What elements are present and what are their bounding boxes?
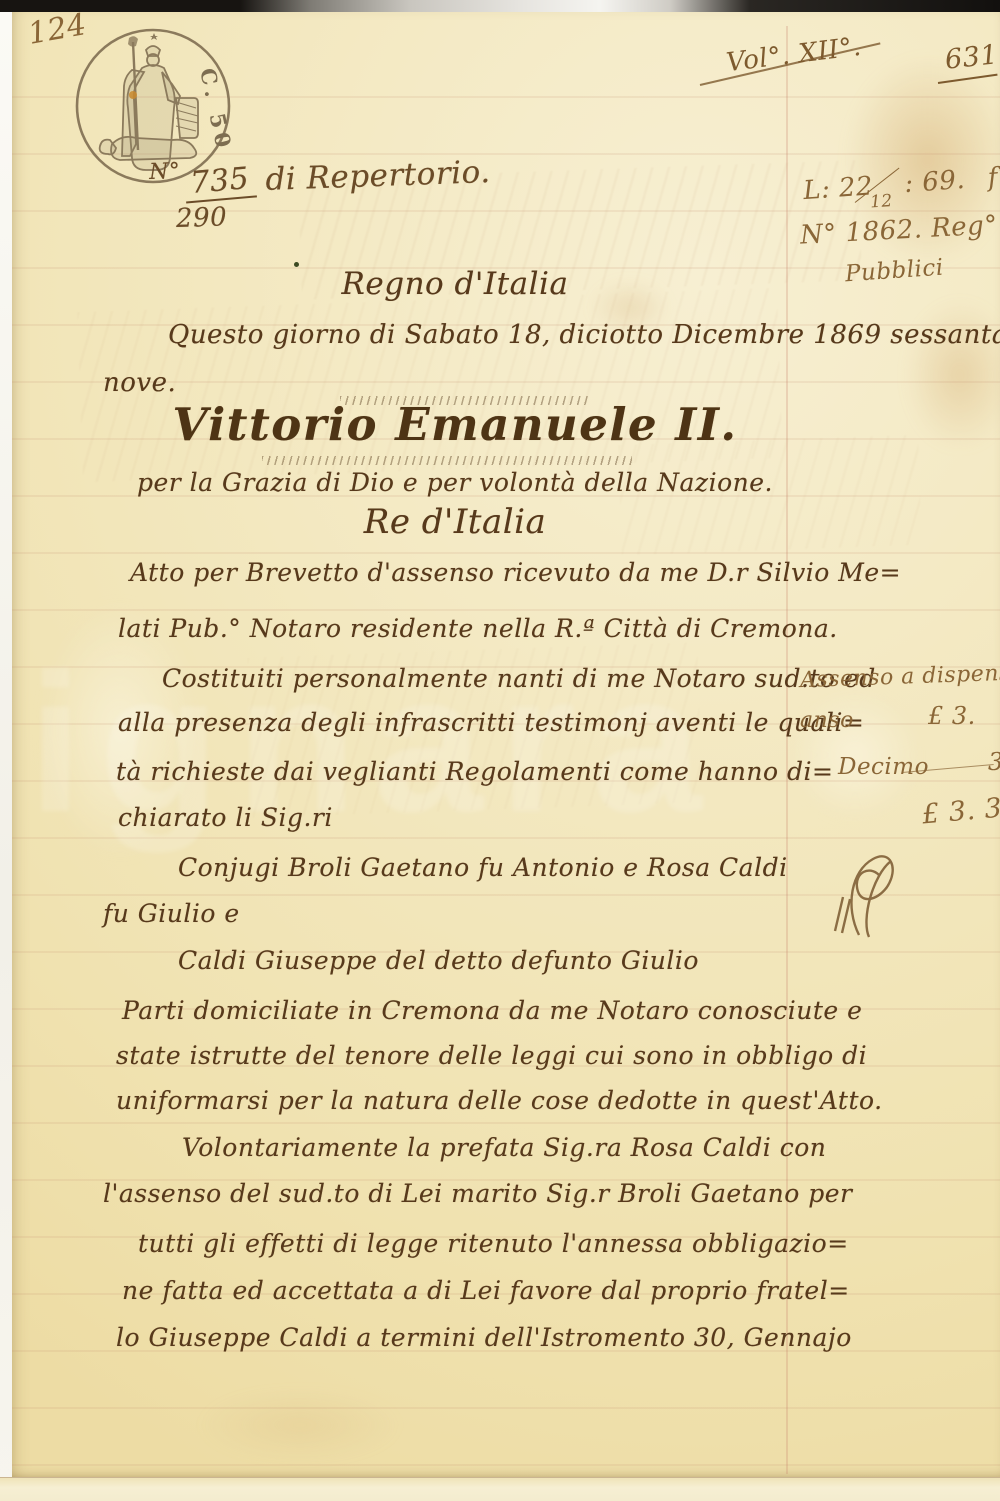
body-line: alla presenza degli infrascritti testimo…	[118, 708, 864, 737]
date-line-2: nove.	[103, 368, 176, 398]
king-subtitle: Re d'Italia	[85, 502, 825, 542]
notary-paraph	[825, 835, 925, 940]
scan-edge-top	[0, 0, 1000, 12]
margin-amount-3: £ 3. 3	[921, 793, 1000, 831]
date-line-1: Questo giorno di Sabato 18, diciotto Dic…	[168, 320, 1000, 350]
fiscal-sub-number: 12	[869, 191, 893, 213]
stamp-foxing-dot	[129, 91, 137, 99]
scan-edge-left	[0, 12, 12, 1501]
ink-fleck	[294, 262, 299, 267]
body-line: ne fatta ed accettata a di Lei favore da…	[122, 1276, 850, 1305]
body-line: Costituiti personalmente nanti di me Not…	[162, 664, 876, 693]
body-line: chiarato li Sig.ri	[118, 803, 333, 832]
repertorio-main-number: 735	[183, 160, 257, 203]
stamp-denomination: C. 50	[195, 66, 234, 155]
repertorio-second-number: 290	[175, 201, 257, 234]
body-line: uniformarsi per la natura delle cose ded…	[116, 1086, 883, 1115]
body-line: lati Pub.° Notaro residente nella R.ª Ci…	[118, 614, 838, 643]
margin-amount-1: £ 3.	[928, 702, 976, 730]
fiscal-cents: : 69.	[903, 165, 966, 199]
body-line: tà richieste dai veglianti Regolamenti c…	[116, 757, 833, 786]
body-line: Volontariamente la prefata Sig.ra Rosa C…	[182, 1133, 826, 1162]
body-line: Caldi Giuseppe del detto defunto Giulio	[178, 946, 699, 975]
body-line: state istrutte del tenore delle leggi cu…	[116, 1041, 867, 1070]
title-flourish-bottom	[262, 456, 632, 465]
body-line: Conjugi Broli Gaetano fu Antonio e Rosa …	[178, 853, 788, 882]
realm-heading: Regno d'Italia	[85, 266, 825, 302]
repertorio-prefix: N°	[149, 159, 181, 185]
body-line: fu Giulio e	[103, 899, 240, 928]
body-line: lo Giuseppe Caldi a termini dell'Istrome…	[116, 1323, 852, 1352]
margin-note-decimo: Decimo	[838, 754, 929, 780]
underlying-sheet-edge	[0, 1477, 1000, 1501]
body-line: l'assenso del sud.to di Lei marito Sig.r…	[103, 1179, 852, 1208]
repertorio-suffix: di Repertorio.	[265, 154, 491, 198]
margin-note-anso: anso	[800, 708, 854, 733]
king-title: Vittorio Emanuele II.	[85, 398, 825, 451]
body-line: tutti gli effetti di legge ritenuto l'an…	[138, 1229, 849, 1258]
fiscal-folio: f° 9	[987, 160, 1000, 193]
margin-amount-2: 3	[988, 748, 1000, 776]
stamp-figure	[100, 33, 198, 170]
fiscal-lire: L: 22	[802, 171, 874, 206]
grace-line: per la Grazia di Dio e per volontà della…	[85, 468, 825, 497]
page-number: 631	[944, 39, 1000, 75]
repertorio-number: N° 735 290 di Repertorio.	[150, 160, 491, 229]
body-line: Atto per Brevetto d'assenso ricevuto da …	[130, 558, 901, 587]
body-line: Parti domiciliate in Cremona da me Notar…	[122, 996, 862, 1025]
scanned-document-page: ignara C. 50 124 Vol°. XII°. 631 N°	[0, 0, 1000, 1501]
